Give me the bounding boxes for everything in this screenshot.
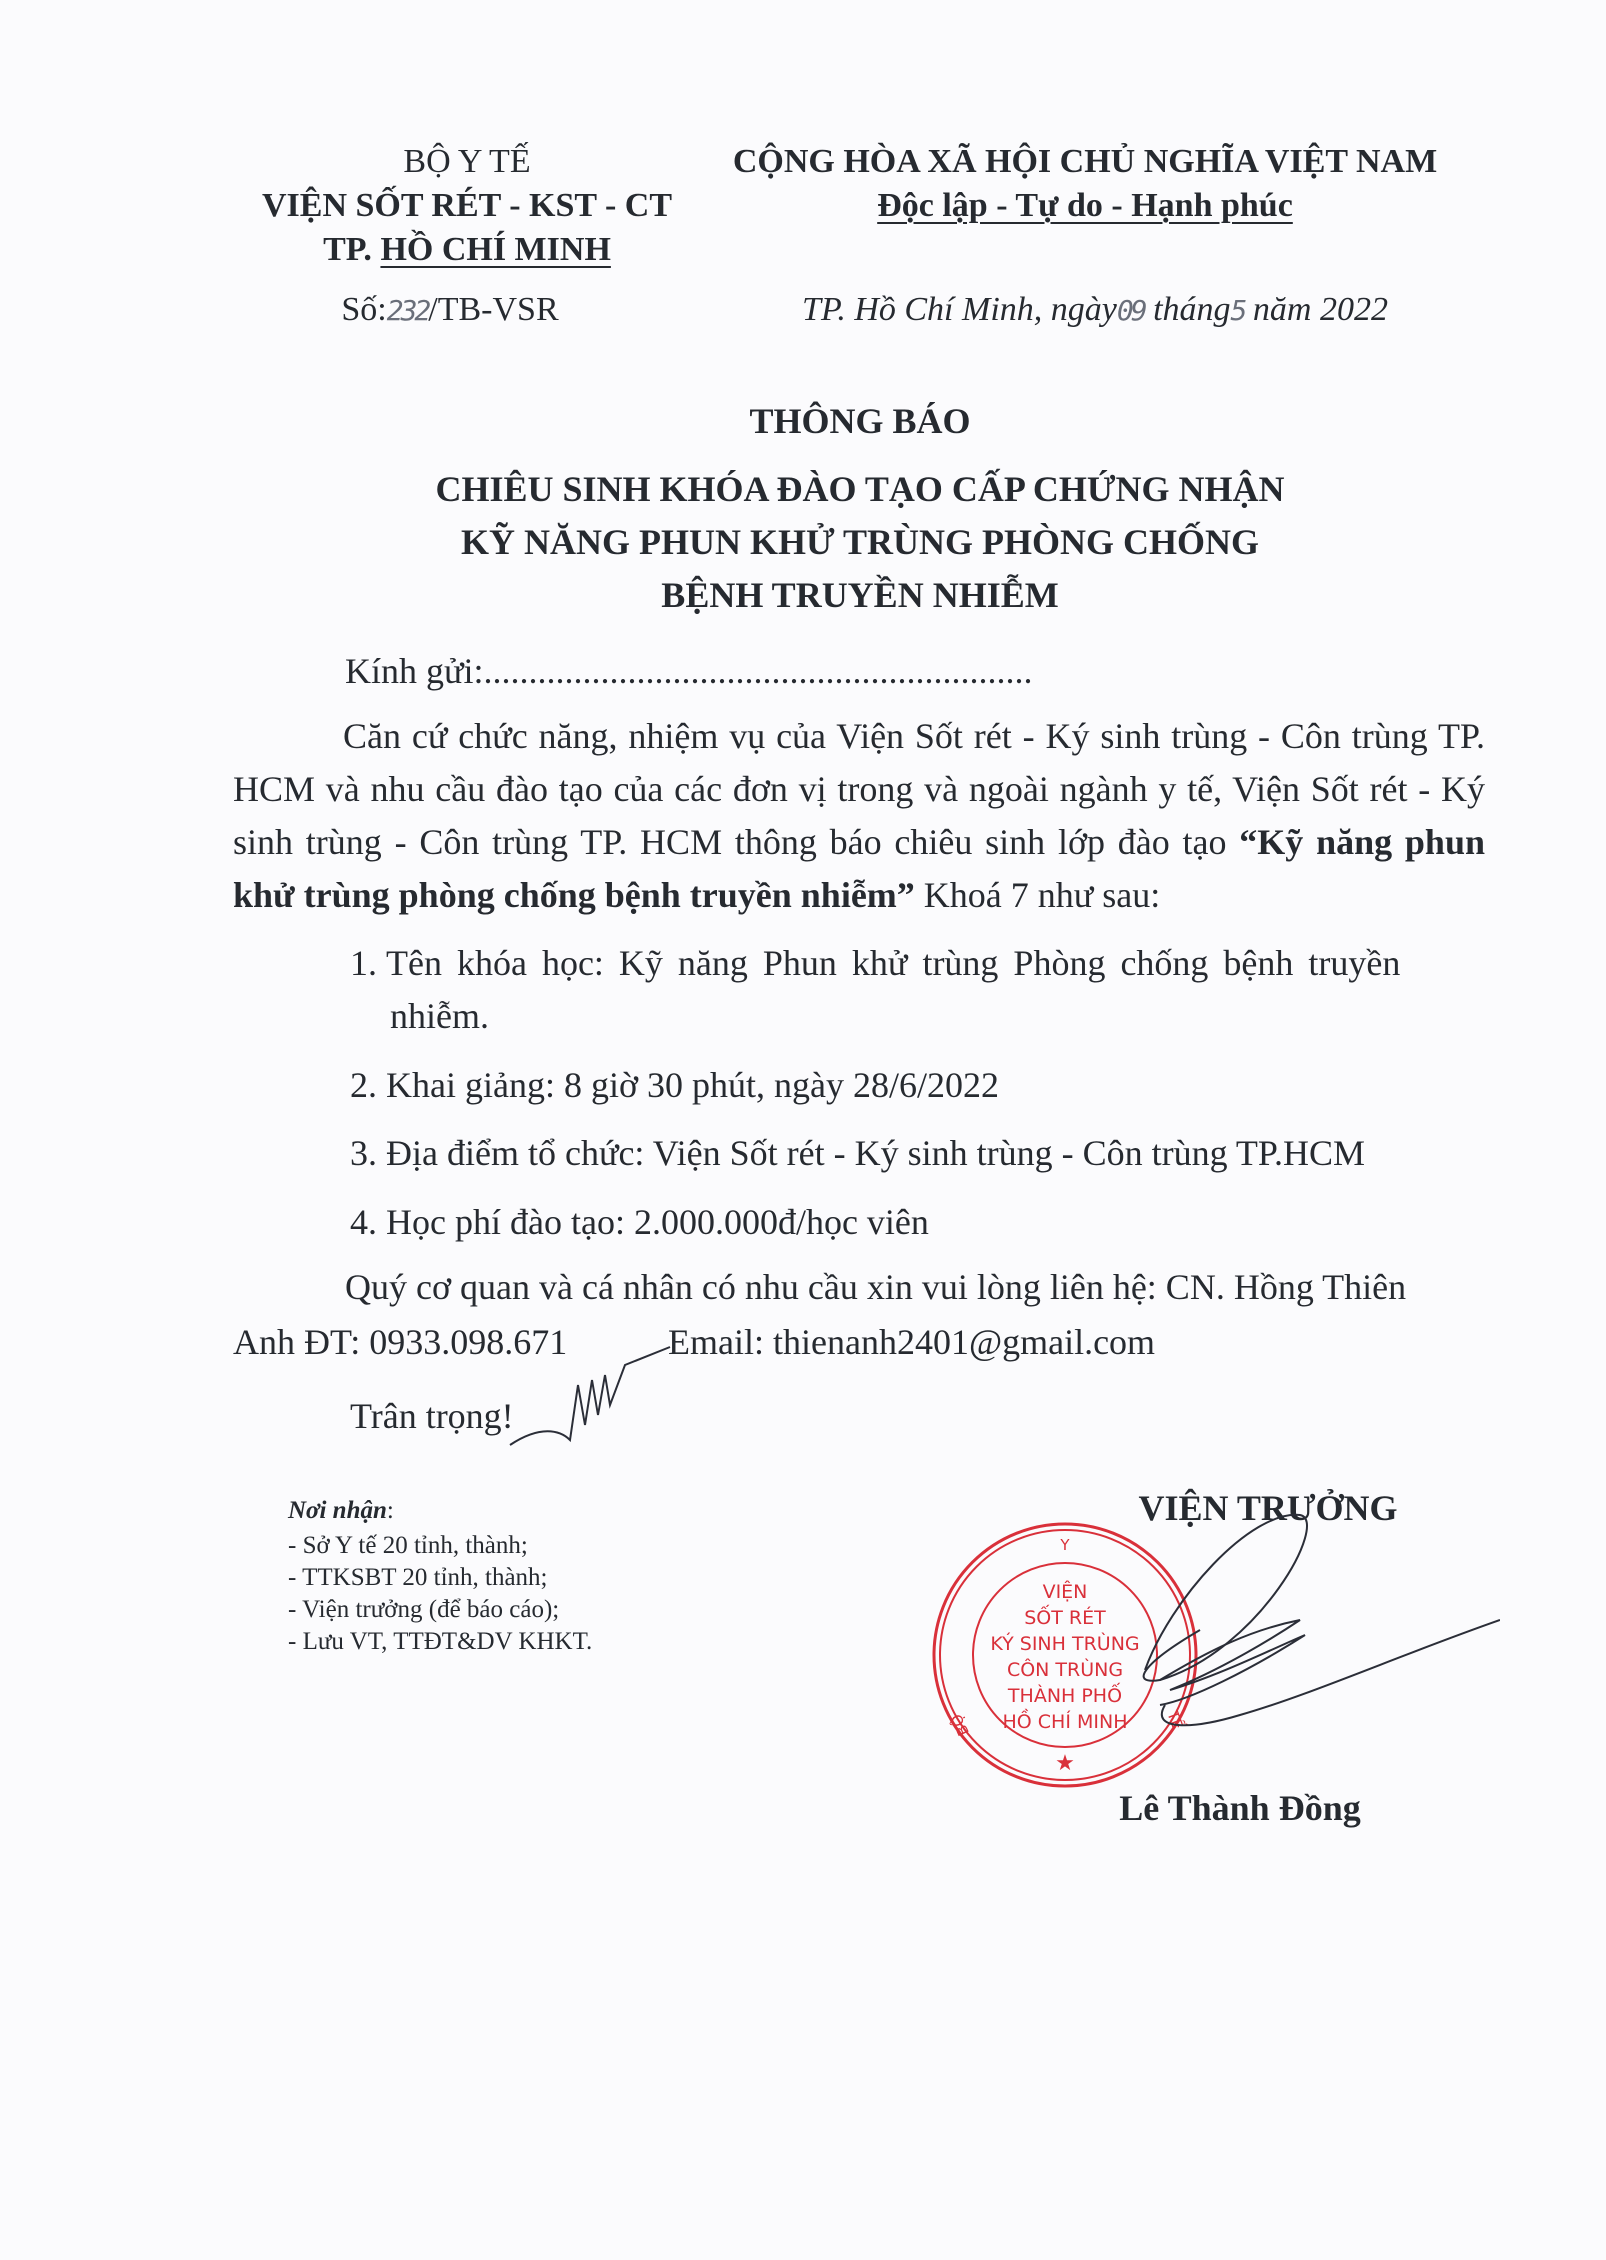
contact-email: Email: thienanh2401@gmail.com (668, 1316, 1155, 1369)
notice-title-line3: BỆNH TRUYỀN NHIỄM (661, 574, 1058, 616)
recipient-item: - Viện trưởng (để báo cáo); (288, 1594, 559, 1626)
recipients-label: Nơi nhận: (288, 1495, 394, 1527)
national-motto: Độc lập - Tự do - Hạnh phúc (877, 184, 1293, 228)
recipient-item: - Lưu VT, TTĐT&DV KHKT. (288, 1626, 592, 1658)
initial-signature-icon (500, 1345, 680, 1455)
document-number: Số:232/TB-VSR (341, 288, 558, 333)
institute-name: VIỆN SỐT RÉT - KST - CT (262, 184, 672, 228)
salutation: Kính gửi:...............................… (345, 645, 1033, 698)
ministry-name: BỘ Y TẾ (403, 140, 530, 184)
intro-paragraph: Căn cứ chức năng, nhiệm vụ của Viện Sốt … (233, 710, 1485, 922)
closing: Trân trọng! (350, 1390, 514, 1443)
country-name: CỘNG HÒA XÃ HỘI CHỦ NGHĨA VIỆT NAM (733, 140, 1437, 184)
date-day-handwritten: 09 (1117, 294, 1145, 327)
date-month-handwritten: 5 (1231, 294, 1245, 327)
notice-title-line1: CHIÊU SINH KHÓA ĐÀO TẠO CẤP CHỨNG NHẬN (435, 468, 1284, 510)
issue-date: TP. Hồ Chí Minh, ngày09 tháng5 năm 2022 (802, 288, 1388, 333)
institute-city: TP. HỒ CHÍ MINH (323, 228, 611, 272)
list-item-continuation: nhiễm. (390, 990, 489, 1043)
signer-name: Lê Thành Đồng (1119, 1787, 1360, 1829)
recipient-item: - TTKSBT 20 tỉnh, thành; (288, 1562, 548, 1594)
contact-line: Quý cơ quan và cá nhân có nhu cầu xin vu… (345, 1261, 1406, 1314)
recipient-item: - Sở Y tế 20 tỉnh, thành; (288, 1530, 528, 1562)
director-signature-icon (1050, 1480, 1500, 1770)
list-item: 2. Khai giảng: 8 giờ 30 phút, ngày 28/6/… (350, 1059, 999, 1112)
list-item: 3. Địa điểm tổ chức: Viện Sốt rét - Ký s… (350, 1127, 1365, 1180)
institute-city-underlined: HỒ CHÍ MINH (380, 231, 610, 268)
notice-title-line2: KỸ NĂNG PHUN KHỬ TRÙNG PHÒNG CHỐNG (461, 521, 1259, 563)
list-item: 1. Tên khóa học: Kỹ năng Phun khử trùng … (350, 937, 1400, 990)
document-number-handwritten: 232 (387, 294, 429, 327)
list-item: 4. Học phí đào tạo: 2.000.000đ/học viên (350, 1196, 929, 1249)
notice-heading: THÔNG BÁO (749, 400, 970, 442)
